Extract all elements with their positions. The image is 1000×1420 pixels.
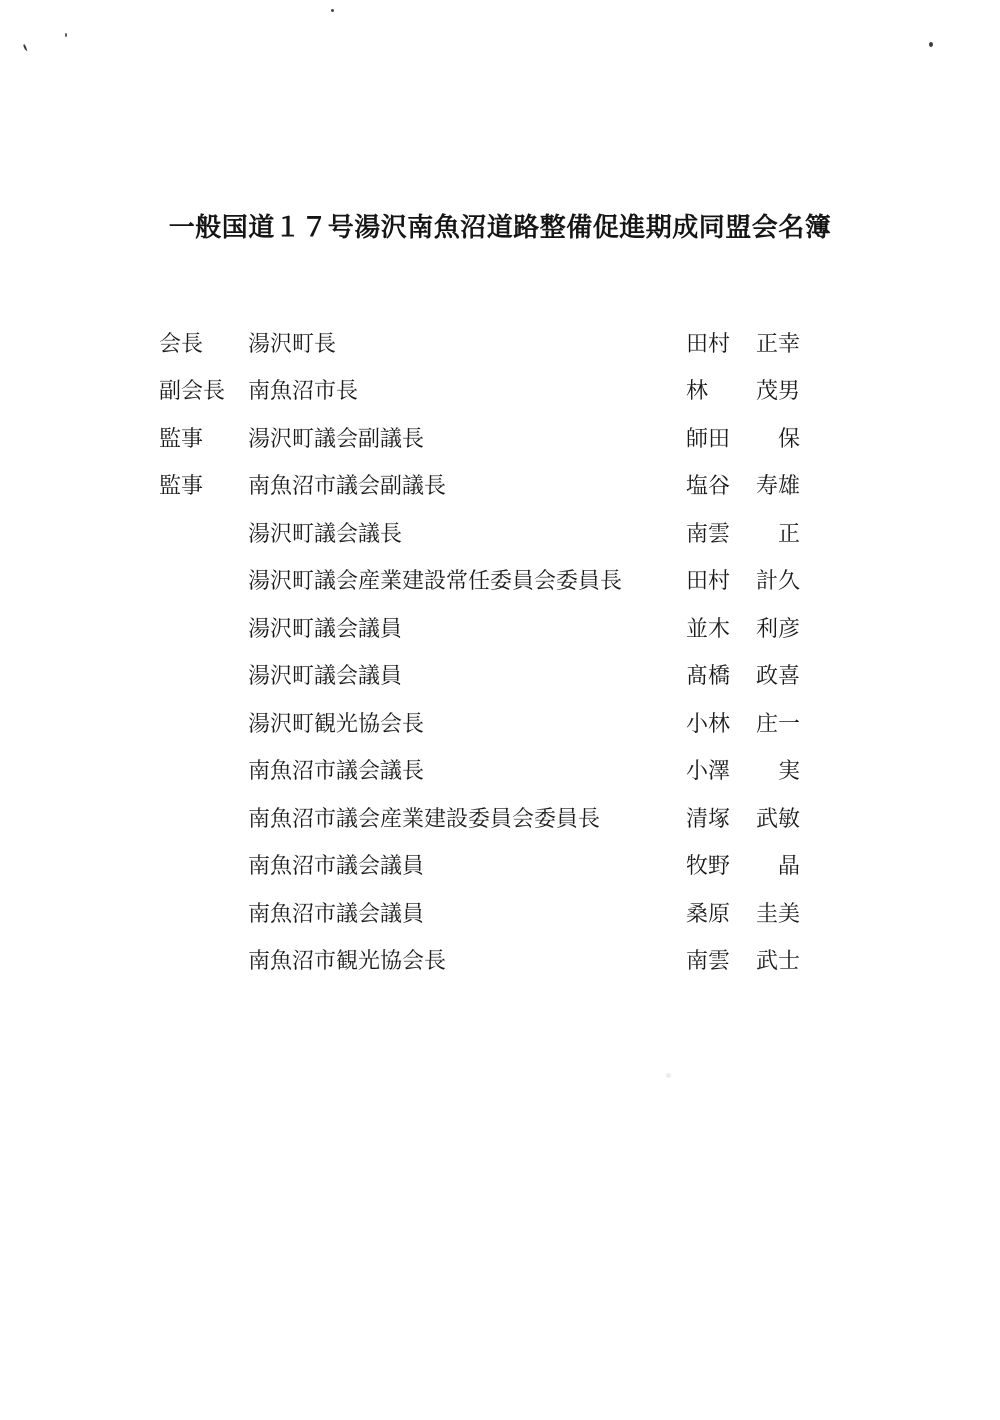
family-name: 塩谷 [686,471,730,501]
member-title: 湯沢町長 [248,329,336,359]
member-row: 湯沢町議会議員 並木 利彦 [0,614,1000,644]
member-name: 南雲 武士 [686,946,800,976]
member-row: 監事 湯沢町議会副議長 師田 保 [0,424,1000,454]
given-name: 圭美 [756,899,800,929]
member-name: 南雲 正 [686,519,800,549]
member-title: 南魚沼市長 [248,376,358,406]
member-name: 牧野 晶 [686,851,800,881]
family-name: 林 [686,376,708,406]
member-title: 南魚沼市観光協会長 [248,946,446,976]
family-name: 髙橋 [686,661,730,691]
given-name: 保 [778,424,800,454]
given-name: 庄一 [756,709,800,739]
scan-speck [666,1073,671,1078]
member-name: 塩谷 寿雄 [686,471,800,501]
family-name: 南雲 [686,519,730,549]
member-row: 南魚沼市観光協会長 南雲 武士 [0,946,1000,976]
member-name: 小林 庄一 [686,709,800,739]
member-name: 林 茂男 [686,376,800,406]
member-name: 髙橋 政喜 [686,661,800,691]
family-name: 並木 [686,614,730,644]
member-name: 並木 利彦 [686,614,800,644]
member-title: 湯沢町議会議長 [248,519,402,549]
member-row: 湯沢町議会議長 南雲 正 [0,519,1000,549]
family-name: 清塚 [686,804,730,834]
member-name: 小澤 実 [686,756,800,786]
scan-speck [23,44,29,52]
member-row: 南魚沼市議会議員 桑原 圭美 [0,899,1000,929]
given-name: 晶 [778,851,800,881]
given-name: 正幸 [756,329,800,359]
member-title: 南魚沼市議会議長 [248,756,424,786]
member-title: 南魚沼市議会議員 [248,899,424,929]
member-row: 湯沢町議会議員 髙橋 政喜 [0,661,1000,691]
scan-speck [331,9,334,12]
member-row: 副会長 南魚沼市長 林 茂男 [0,376,1000,406]
member-title: 湯沢町議会産業建設常任委員会委員長 [248,566,622,596]
member-row: 湯沢町観光協会長 小林 庄一 [0,709,1000,739]
given-name: 実 [778,756,800,786]
family-name: 田村 [686,566,730,596]
member-name: 清塚 武敏 [686,804,800,834]
given-name: 計久 [756,566,800,596]
member-name: 桑原 圭美 [686,899,800,929]
given-name: 寿雄 [756,471,800,501]
member-role: 会長 [159,329,203,359]
given-name: 政喜 [756,661,800,691]
family-name: 小澤 [686,756,730,786]
member-row: 南魚沼市議会産業建設委員会委員長 清塚 武敏 [0,804,1000,834]
family-name: 田村 [686,329,730,359]
member-title: 南魚沼市議会産業建設委員会委員長 [248,804,600,834]
member-row: 会長 湯沢町長 田村 正幸 [0,329,1000,359]
given-name: 茂男 [756,376,800,406]
member-title: 湯沢町議会議員 [248,614,402,644]
family-name: 南雲 [686,946,730,976]
member-name: 田村 正幸 [686,329,800,359]
given-name: 武敏 [756,804,800,834]
given-name: 武士 [756,946,800,976]
member-row: 南魚沼市議会議長 小澤 実 [0,756,1000,786]
document-page: 一般国道１７号湯沢南魚沼道路整備促進期成同盟会名簿 会長 湯沢町長 田村 正幸 … [0,0,1000,1420]
member-role: 副会長 [159,376,225,406]
given-name: 正 [778,519,800,549]
member-row: 湯沢町議会産業建設常任委員会委員長 田村 計久 [0,566,1000,596]
document-title: 一般国道１７号湯沢南魚沼道路整備促進期成同盟会名簿 [0,210,1000,244]
family-name: 師田 [686,424,730,454]
member-name: 師田 保 [686,424,800,454]
member-name: 田村 計久 [686,566,800,596]
family-name: 牧野 [686,851,730,881]
member-row: 南魚沼市議会議員 牧野 晶 [0,851,1000,881]
family-name: 桑原 [686,899,730,929]
member-title: 南魚沼市議会議員 [248,851,424,881]
member-role: 監事 [159,471,203,501]
member-row: 監事 南魚沼市議会副議長 塩谷 寿雄 [0,471,1000,501]
member-title: 湯沢町観光協会長 [248,709,424,739]
given-name: 利彦 [756,614,800,644]
member-title: 湯沢町議会副議長 [248,424,424,454]
scan-speck [65,33,67,37]
family-name: 小林 [686,709,730,739]
member-title: 南魚沼市議会副議長 [248,471,446,501]
member-title: 湯沢町議会議員 [248,661,402,691]
scan-speck [929,42,933,47]
member-role: 監事 [159,424,203,454]
